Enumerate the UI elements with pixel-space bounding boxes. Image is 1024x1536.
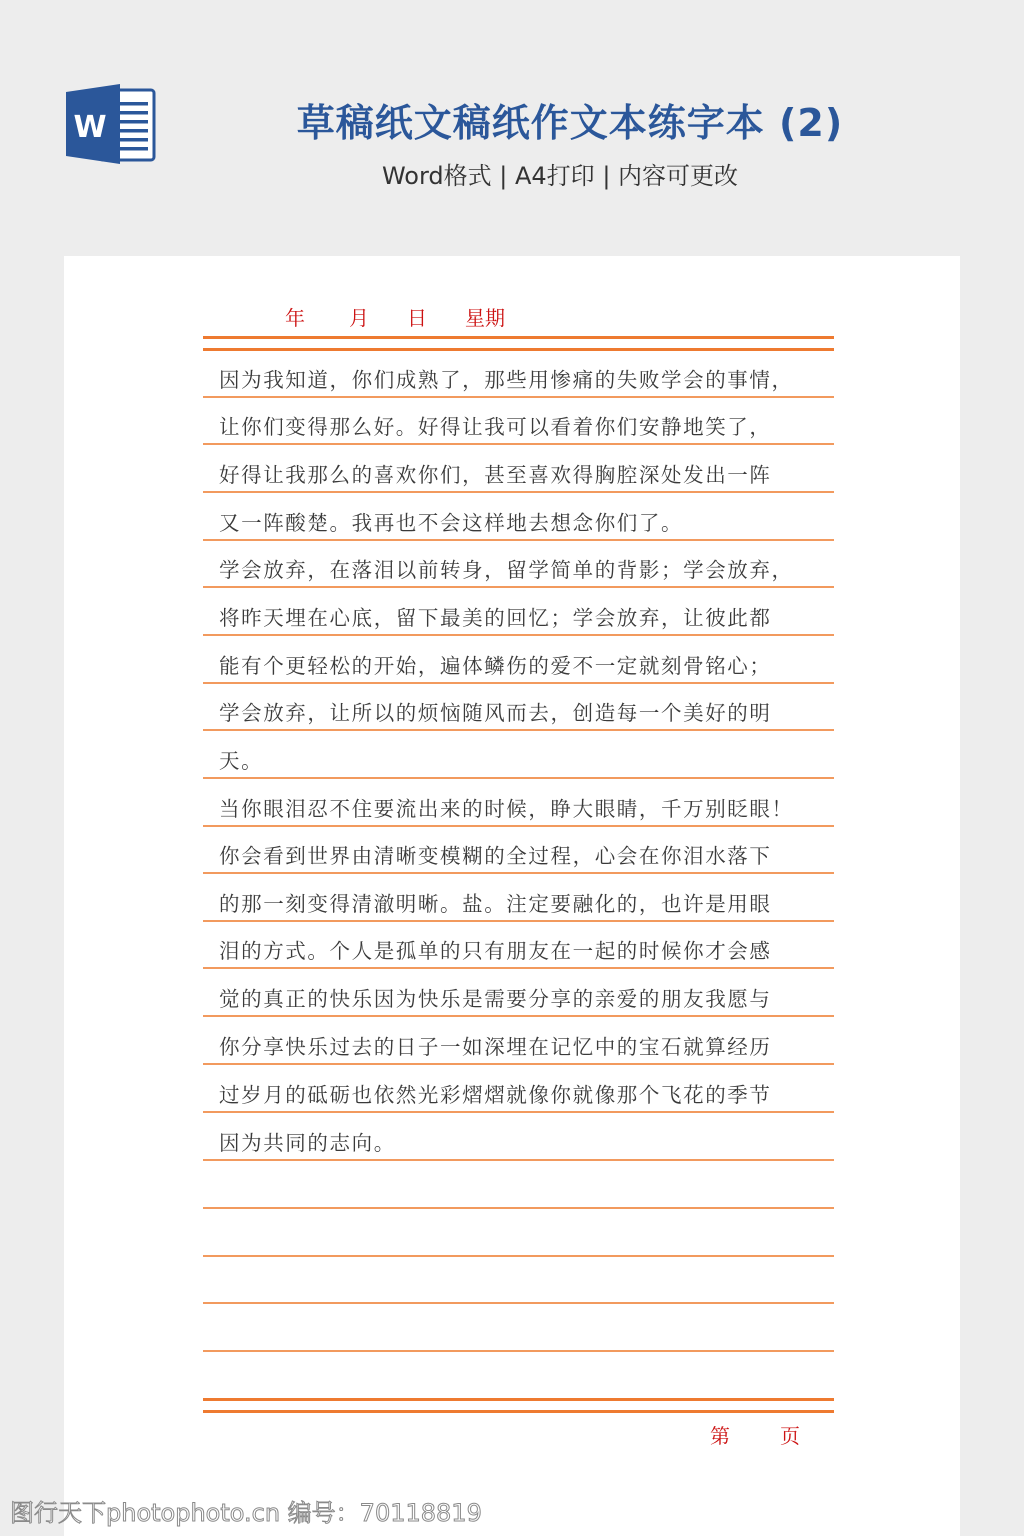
ruled-line [203,634,834,636]
word-doc-icon: W [64,82,156,166]
ruled-line [203,1015,834,1017]
writing-line: 你会看到世界由清晰变模糊的全过程，心会在你泪水落下 [219,839,839,873]
ruled-line [203,539,834,541]
page-number-suffix: 页 [780,1420,800,1448]
writing-line [219,1269,839,1303]
ruled-line [203,872,834,874]
ruled-line [203,1302,834,1304]
date-weekday-label: 星期 [465,302,505,332]
writing-line: 因为我知道，你们成熟了，那些用惨痛的失败学会的事情， [219,363,839,397]
ruled-line [203,920,834,922]
header-rule-bottom [203,348,834,351]
watermark-text: 图行天下photophoto.cn 编号：70118819 [10,1493,482,1528]
page-number-label: 第 页 [710,1420,800,1448]
ruled-line [203,1255,834,1257]
page-number-prefix: 第 [710,1420,780,1448]
writing-line: 将昨天埋在心底，留下最美的回忆；学会放弃，让彼此都 [219,601,839,635]
page-subtitle: Word格式 | A4打印 | 内容可更改 [260,156,860,191]
ruled-line [203,443,834,445]
writing-line: 的那一刻变得清澈明晰。盐。注定要融化的，也许是用眼 [219,887,839,921]
writing-line: 天。 [219,744,839,778]
writing-line: 学会放弃，让所以的烦恼随风而去，创造每一个美好的明 [219,696,839,730]
page-title: 草稿纸文稿纸作文本练字本 (2) [200,92,940,147]
writing-line: 又一阵酸楚。我再也不会这样地去想念你们了。 [219,506,839,540]
ruled-line [203,396,834,398]
writing-line [219,1365,839,1399]
date-day-label: 日 [407,302,465,332]
ruled-line [203,1159,834,1161]
ruled-line [203,682,834,684]
writing-line: 你分享快乐过去的日子一如深埋在记忆中的宝石就算经历 [219,1030,839,1064]
date-year-label: 年 [285,302,349,332]
writing-line: 能有个更轻松的开始，遍体鳞伤的爱不一定就刻骨铭心； [219,649,839,683]
writing-line: 因为共同的志向。 [219,1126,839,1160]
ruled-line [203,1350,834,1352]
header-rule-top [203,336,834,339]
ruled-line [203,777,834,779]
ruled-line [203,586,834,588]
ruled-line [203,491,834,493]
footer-rule-top [203,1398,834,1401]
writing-line [219,1222,839,1256]
ruled-line [203,1207,834,1209]
writing-line [219,1174,839,1208]
writing-line: 当你眼泪忍不住要流出来的时候，睁大眼睛，千万别眨眼！ [219,792,839,826]
ruled-line [203,1111,834,1113]
writing-line: 让你们变得那么好。好得让我可以看着你们安静地笑了， [219,410,839,444]
date-month-label: 月 [349,302,407,332]
ruled-line [203,1063,834,1065]
writing-line: 泪的方式。个人是孤单的只有朋友在一起的时候你才会感 [219,934,839,968]
footer-rule-bottom [203,1410,834,1413]
writing-line: 过岁月的砥砺也依然光彩熠熠就像你就像那个飞花的季节 [219,1078,839,1112]
date-header: 年 月 日 星期 [285,302,505,332]
writing-line [219,1317,839,1351]
writing-line: 好得让我那么的喜欢你们，甚至喜欢得胸腔深处发出一阵 [219,458,839,492]
writing-line: 学会放弃，在落泪以前转身，留学简单的背影；学会放弃， [219,553,839,587]
ruled-line [203,729,834,731]
writing-line: 觉的真正的快乐因为快乐是需要分享的亲爱的朋友我愿与 [219,982,839,1016]
ruled-line [203,967,834,969]
ruled-line [203,825,834,827]
svg-text:W: W [73,110,106,145]
